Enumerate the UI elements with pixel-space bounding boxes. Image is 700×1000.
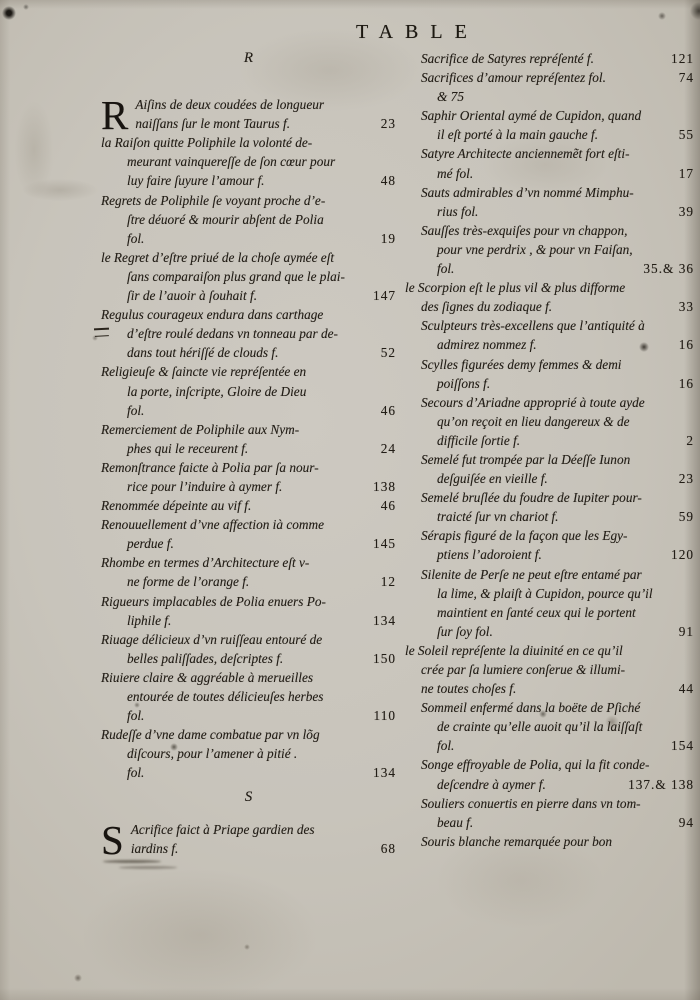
toc-line: Satyre Architecte anciennemẽt fort eſti-: [421, 144, 694, 163]
toc-line: entourée de toutes délicieuſes herbes: [101, 687, 396, 706]
toc-column-left: RRAiſins de deux coudées de longueur23na…: [101, 49, 396, 858]
toc-line: de crainte qu’elle auoit qu’il la laiſſa…: [421, 717, 694, 736]
folio-number: 68: [373, 839, 396, 858]
toc-entry: Regrets de Poliphile ſe voyant proche d’…: [101, 191, 396, 248]
toc-line: Sauts admirables d’vn nommé Mimphu-: [421, 183, 694, 202]
toc-entry: Riuage délicieux d’vn ruiſſeau entouré d…: [101, 630, 396, 668]
folio-number: 44: [671, 679, 694, 698]
toc-entry: 46Renommée dépeinte au vif f.: [101, 496, 396, 515]
folio-number: 33: [671, 297, 694, 316]
toc-line: Sérapis figuré de la façon que les Egy-: [421, 526, 694, 545]
folio-number: 17: [671, 164, 694, 183]
toc-line: le Soleil repréſente la diuinité en ce q…: [405, 641, 694, 660]
toc-entry: Rhombe en termes d’Architecture eſt v-12…: [101, 553, 396, 591]
toc-line: 44ne toutes choſes f.: [405, 679, 694, 698]
toc-line: Songe effroyable de Polia, qui la fit co…: [421, 755, 694, 774]
toc-line: pour vne perdrix , & pour vn Faiſan,: [421, 240, 694, 259]
toc-entry: Songe effroyable de Polia, qui la fit co…: [404, 755, 694, 793]
section-letter-R: R: [101, 49, 396, 68]
toc-entry: Silenite de Perſe ne peut eſtre entamé p…: [404, 565, 694, 641]
toc-line: 120ptiens l’adoroient f.: [421, 545, 694, 564]
toc-line: 121Sacrifice de Satyres repréſenté f.: [421, 49, 694, 68]
toc-line: Secours d’Ariadne approprié à toute ayde: [421, 393, 694, 412]
toc-entry: Sérapis figuré de la façon que les Egy-1…: [404, 526, 694, 564]
toc-line: 24phes qui le receurent f.: [101, 439, 396, 458]
toc-line: maintient en ſanté ceux qui le portent: [421, 603, 694, 622]
toc-line: 19fol.: [101, 229, 396, 248]
toc-entry: Sculpteurs très-excellens que l’antiquit…: [404, 316, 694, 354]
toc-line: 12ne forme de l’orange f.: [101, 572, 396, 591]
toc-line: Saphir Oriental aymé de Cupidon, quand: [421, 106, 694, 125]
toc-line: Rigueurs implacables de Polia enuers Po-: [101, 592, 396, 611]
folio-number: 154: [663, 736, 694, 755]
folio-number: 120: [663, 545, 694, 564]
ink-smudge: [103, 860, 161, 863]
toc-line: Remonſtrance faicte à Polia par ſa nour-: [101, 458, 396, 477]
toc-line: Silenite de Perſe ne peut eſtre entamé p…: [421, 565, 694, 584]
toc-entry: Souris blanche remarquée pour bon: [404, 832, 694, 851]
folio-number: 110: [366, 706, 396, 725]
folio-number: 23: [373, 114, 396, 133]
folio-number: 137.& 138: [620, 775, 694, 794]
toc-line: Rhombe en termes d’Architecture eſt v-: [101, 553, 396, 572]
drop-cap: S: [101, 820, 131, 857]
toc-line: 39rius fol.: [421, 202, 694, 221]
toc-entry: Sauſſes très-exquiſes pour vn chappon,po…: [404, 221, 694, 278]
toc-entry: Scylles figurées demy femmes & demi16poi…: [404, 355, 694, 393]
toc-line: 137.& 138deſcendre à aymer f.: [421, 775, 694, 794]
toc-entry: la Raiſon quitte Poliphile la volonté de…: [101, 133, 396, 190]
toc-line: 91ſur ſoy fol.: [421, 622, 694, 641]
toc-entry: le Regret d’eſtre priué de la choſe aymé…: [101, 248, 396, 305]
page-title: TABLE: [356, 21, 479, 44]
toc-line: Scylles figurées demy femmes & demi: [421, 355, 694, 374]
toc-line: Sculpteurs très-excellens que l’antiquit…: [421, 316, 694, 335]
toc-entry: Rudeſſe d’vne dame combatue par vn lõgdi…: [101, 725, 396, 782]
toc-line: d’eſtre roulé dedans vn tonneau par de-: [101, 324, 396, 343]
toc-line: Regulus courageux endura dans carthage: [101, 305, 396, 324]
toc-line: 2difficile ſortie f.: [421, 431, 694, 450]
toc-entry: Remonſtrance faicte à Polia par ſa nour-…: [101, 458, 396, 496]
toc-line: 138rice pour l’induire à aymer f.: [101, 477, 396, 496]
toc-entry: 121Sacrifice de Satyres repréſenté f.: [404, 49, 694, 68]
folio-number: 52: [373, 343, 396, 362]
toc-line: Sauſſes très-exquiſes pour vn chappon,: [421, 221, 694, 240]
toc-line: la lime, & plaiſt à Cupidon, pource qu’i…: [421, 584, 694, 603]
folio-number: 121: [663, 49, 694, 68]
toc-line: Regrets de Poliphile ſe voyant proche d’…: [101, 191, 396, 210]
folio-number: 16: [671, 374, 694, 393]
toc-line: 35.& 36fol.: [421, 259, 694, 278]
toc-line: 33des ſignes du zodiaque f.: [405, 297, 694, 316]
toc-line: 17mé fol.: [421, 164, 694, 183]
toc-line: 74Sacrifices d’amour repréſentez fol.: [421, 68, 694, 87]
toc-line: 46Renommée dépeinte au vif f.: [101, 496, 396, 515]
toc-entry: RAiſins de deux coudées de longueur23nai…: [101, 95, 396, 133]
toc-line: 16admirez nommez f.: [421, 335, 694, 354]
folio-number: 46: [373, 401, 396, 420]
toc-line: 147ſir de l’auoir à ſouhait f.: [101, 286, 396, 305]
toc-entry: Semelé bruſlée du foudre de Iupiter pour…: [404, 488, 694, 526]
toc-line: 154fol.: [421, 736, 694, 755]
folio-number: 134: [365, 763, 396, 782]
folio-number: 23: [671, 469, 694, 488]
folio-number: 91: [671, 622, 694, 641]
toc-line: Semelé bruſlée du foudre de Iupiter pour…: [421, 488, 694, 507]
folio-number: 150: [365, 649, 396, 668]
toc-line: 110fol.: [101, 706, 396, 725]
toc-line: 16poiſſons f.: [421, 374, 694, 393]
toc-entry: Satyre Architecte anciennemẽt fort eſti-…: [404, 144, 694, 182]
toc-line: ſans comparaiſon plus grand que le plai-: [101, 267, 396, 286]
toc-line: Semelé fut trompée par la Déeſſe Iunon: [421, 450, 694, 469]
toc-line: Aiſins de deux coudées de longueur: [101, 95, 396, 114]
toc-entry: le Soleil repréſente la diuinité en ce q…: [404, 641, 694, 698]
folio-number: 94: [671, 813, 694, 832]
toc-entry: Semelé fut trompée par la Déeſſe Iunon23…: [404, 450, 694, 488]
folio-number: 12: [373, 572, 396, 591]
folio-number: 74: [671, 68, 694, 87]
toc-entry: Sommeil enfermé dans la boëte de Pſichéd…: [404, 698, 694, 755]
folio-number: 46: [373, 496, 396, 515]
toc-line: 94beau f.: [421, 813, 694, 832]
book-page: TABLE RRAiſins de deux coudées de longue…: [0, 0, 700, 1000]
toc-line: 23deſguiſée en vieille f.: [421, 469, 694, 488]
toc-line: & 75: [421, 87, 694, 106]
toc-line: le Scorpion eſt le plus vil & plus diffo…: [405, 278, 694, 297]
toc-entry: Regulus courageux endura dans carthaged’…: [101, 305, 396, 362]
folio-number: 19: [373, 229, 396, 248]
toc-line: Remerciement de Poliphile aux Nym-: [101, 420, 396, 439]
folio-number: 134: [365, 611, 396, 630]
toc-line: le Regret d’eſtre priué de la choſe aymé…: [101, 248, 396, 267]
toc-entry: 74Sacrifices d’amour repréſentez fol.& 7…: [404, 68, 694, 106]
toc-line: 134liphile f.: [101, 611, 396, 630]
toc-line: ſtre déuoré & mourir abſent de Polia: [101, 210, 396, 229]
folio-number: 2: [678, 431, 694, 450]
toc-line: meurant vainquereſſe de ſon cœur pour: [101, 152, 396, 171]
folio-number: 59: [671, 507, 694, 526]
drop-cap: R: [101, 95, 135, 132]
toc-line: Renouuellement d’vne affection ià comme: [101, 515, 396, 534]
toc-line: Sommeil enfermé dans la boëte de Pſiché: [421, 698, 694, 717]
toc-line: 145perdue f.: [101, 534, 396, 553]
folio-number: 35.& 36: [635, 259, 694, 278]
toc-line: 134fol.: [101, 763, 396, 782]
toc-line: 48luy faire ſuyure l’amour f.: [101, 171, 396, 190]
toc-entry: SAcrifice faict à Priape gardien des68ia…: [101, 820, 396, 858]
toc-entry: le Scorpion eſt le plus vil & plus diffo…: [404, 278, 694, 316]
toc-line: diſcours, pour l’amener à pitié .: [101, 744, 396, 763]
toc-line: 150belles paliſſades, deſcriptes f.: [101, 649, 396, 668]
folio-number: 24: [373, 439, 396, 458]
toc-entry: Secours d’Ariadne approprié à toute ayde…: [404, 393, 694, 450]
toc-line: Riuiere claire & aggréable à merueilles: [101, 668, 396, 687]
toc-line: 52dans tout hériſſé de clouds f.: [101, 343, 396, 362]
toc-line: Riuage délicieux d’vn ruiſſeau entouré d…: [101, 630, 396, 649]
toc-entry: Religieuſe & ſaincte vie repréſentée enl…: [101, 362, 396, 419]
toc-column-right: 121Sacrifice de Satyres repréſenté f.74S…: [404, 49, 694, 851]
toc-line: Rudeſſe d’vne dame combatue par vn lõg: [101, 725, 396, 744]
toc-entry: Saphir Oriental aymé de Cupidon, quand55…: [404, 106, 694, 144]
toc-line: Religieuſe & ſaincte vie repréſentée en: [101, 362, 396, 381]
folio-number: 16: [671, 335, 694, 354]
folio-number: 48: [373, 171, 396, 190]
toc-line: Souris blanche remarquée pour bon: [421, 832, 694, 851]
toc-entry: Remerciement de Poliphile aux Nym-24phes…: [101, 420, 396, 458]
toc-line: la Raiſon quitte Poliphile la volonté de…: [101, 133, 396, 152]
section-letter-S: S: [101, 788, 396, 807]
toc-entry: Sauts admirables d’vn nommé Mimphu-39riu…: [404, 183, 694, 221]
toc-line: 23naiſſans ſur le mont Taurus f.: [101, 114, 396, 133]
toc-entry: Renouuellement d’vne affection ià comme1…: [101, 515, 396, 553]
toc-line: la porte, inſcripte, Gloire de Dieu: [101, 382, 396, 401]
folio-number: 147: [365, 286, 396, 305]
folio-number: 145: [365, 534, 396, 553]
toc-entry: Riuiere claire & aggréable à merueillese…: [101, 668, 396, 725]
toc-entry: Rigueurs implacables de Polia enuers Po-…: [101, 592, 396, 630]
toc-line: Souliers conuertis en pierre dans vn tom…: [421, 794, 694, 813]
toc-line: qu’on reçoit en lieu dangereux & de: [421, 412, 694, 431]
toc-line: 59traicté ſur vn chariot f.: [421, 507, 694, 526]
toc-line: 55il eſt porté à la main gauche f.: [421, 125, 694, 144]
toc-entry: Souliers conuertis en pierre dans vn tom…: [404, 794, 694, 832]
folio-number: 55: [671, 125, 694, 144]
folio-number: 39: [671, 202, 694, 221]
folio-number: 138: [365, 477, 396, 496]
toc-line: 68iardins f.: [101, 839, 396, 858]
toc-line: Acrifice faict à Priape gardien des: [101, 820, 396, 839]
toc-line: 46fol.: [101, 401, 396, 420]
toc-line: crée par ſa lumiere conſerue & illumi-: [405, 660, 694, 679]
